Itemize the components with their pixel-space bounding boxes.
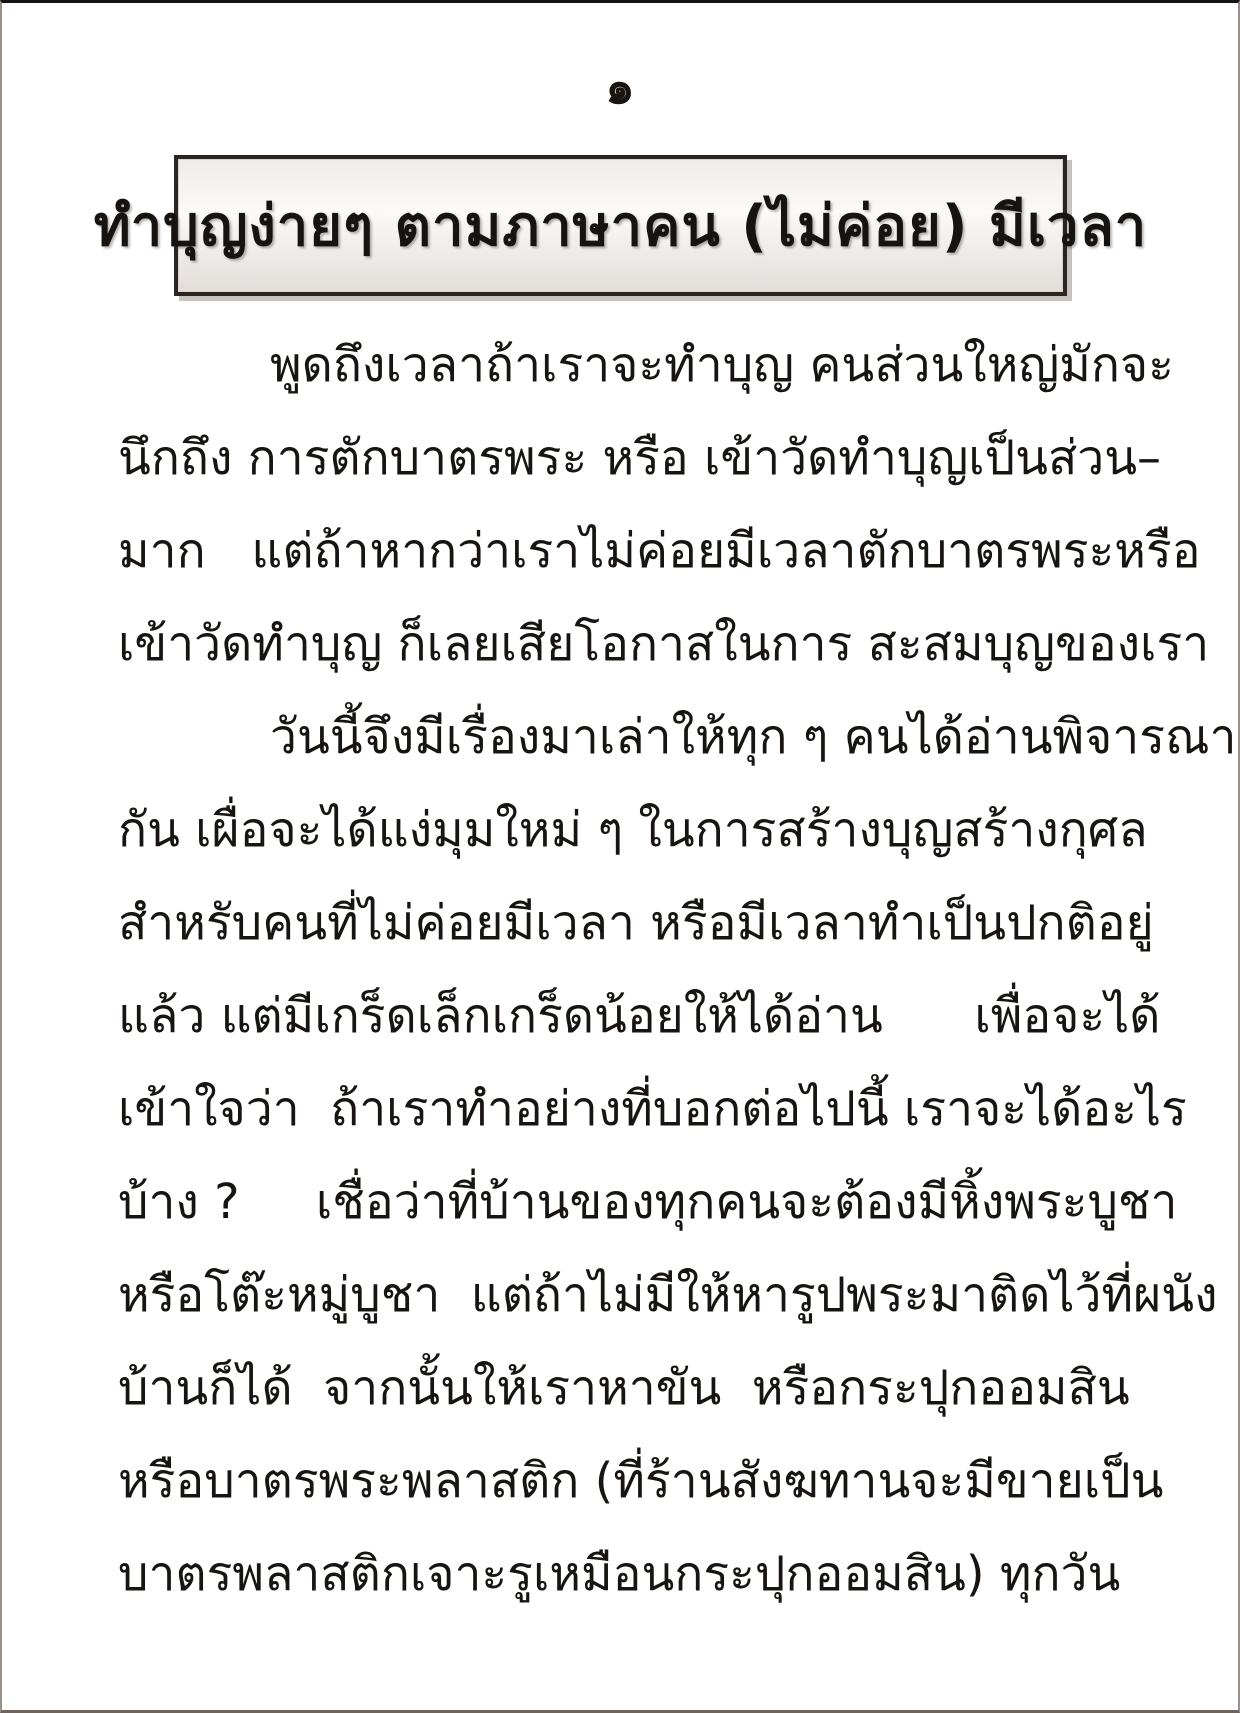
body-line: แล้ว แต่มีเกร็ดเล็กเกร็ดน้อยให้ได้อ่าน เ… bbox=[118, 970, 1033, 1063]
page-number: ๑ bbox=[2, 51, 1238, 124]
body-line: มาก แต่ถ้าหากว่าเราไม่ค่อยมีเวลาตักบาตรพ… bbox=[118, 505, 1033, 598]
body-line: สำหรับคนที่ไม่ค่อยมีเวลา หรือมีเวลาทำเป็… bbox=[118, 877, 1033, 970]
body-line: หรือโต๊ะหมู่บูชา แต่ถ้าไม่มีให้หารูปพระม… bbox=[118, 1249, 1033, 1342]
document-page: ๑ ทำบุญง่ายๆ ตามภาษาคน (ไม่ค่อย) มีเวลา … bbox=[0, 0, 1240, 1713]
body-line: เข้าใจว่า ถ้าเราทำอย่างที่บอกต่อไปนี้ เร… bbox=[118, 1063, 1033, 1156]
body-line: นึกถึง การตักบาตรพระ หรือ เข้าวัดทำบุญเป… bbox=[118, 412, 1033, 505]
page-title: ทำบุญง่ายๆ ตามภาษาคน (ไม่ค่อย) มีเวลา bbox=[94, 181, 1147, 270]
body-line: บ้านก็ได้ จากนั้นให้เราหาขัน หรือกระปุกอ… bbox=[118, 1342, 1033, 1435]
body-line: บาตรพลาสติกเจาะรูเหมือนกระปุกออมสิน) ทุก… bbox=[118, 1528, 1033, 1621]
body-line: พูดถึงเวลาถ้าเราจะทำบุญ คนส่วนใหญ่มักจะ bbox=[118, 319, 1033, 412]
body-line: หรือบาตรพระพลาสติก (ที่ร้านสังฆทานจะมีขา… bbox=[118, 1435, 1033, 1528]
title-box: ทำบุญง่ายๆ ตามภาษาคน (ไม่ค่อย) มีเวลา bbox=[174, 155, 1067, 296]
body-text: พูดถึงเวลาถ้าเราจะทำบุญ คนส่วนใหญ่มักจะ … bbox=[118, 319, 1033, 1621]
body-line: กัน เผื่อจะได้แง่มุมใหม่ ๆ ในการสร้างบุญ… bbox=[118, 784, 1033, 877]
body-line: เข้าวัดทำบุญ ก็เลยเสียโอกาสในการ สะสมบุญ… bbox=[118, 598, 1033, 691]
body-line: วันนี้จึงมีเรื่องมาเล่าให้ทุก ๆ คนได้อ่า… bbox=[118, 691, 1033, 784]
body-line: บ้าง ? เชื่อว่าที่บ้านของทุกคนจะต้องมีหิ… bbox=[118, 1156, 1033, 1249]
